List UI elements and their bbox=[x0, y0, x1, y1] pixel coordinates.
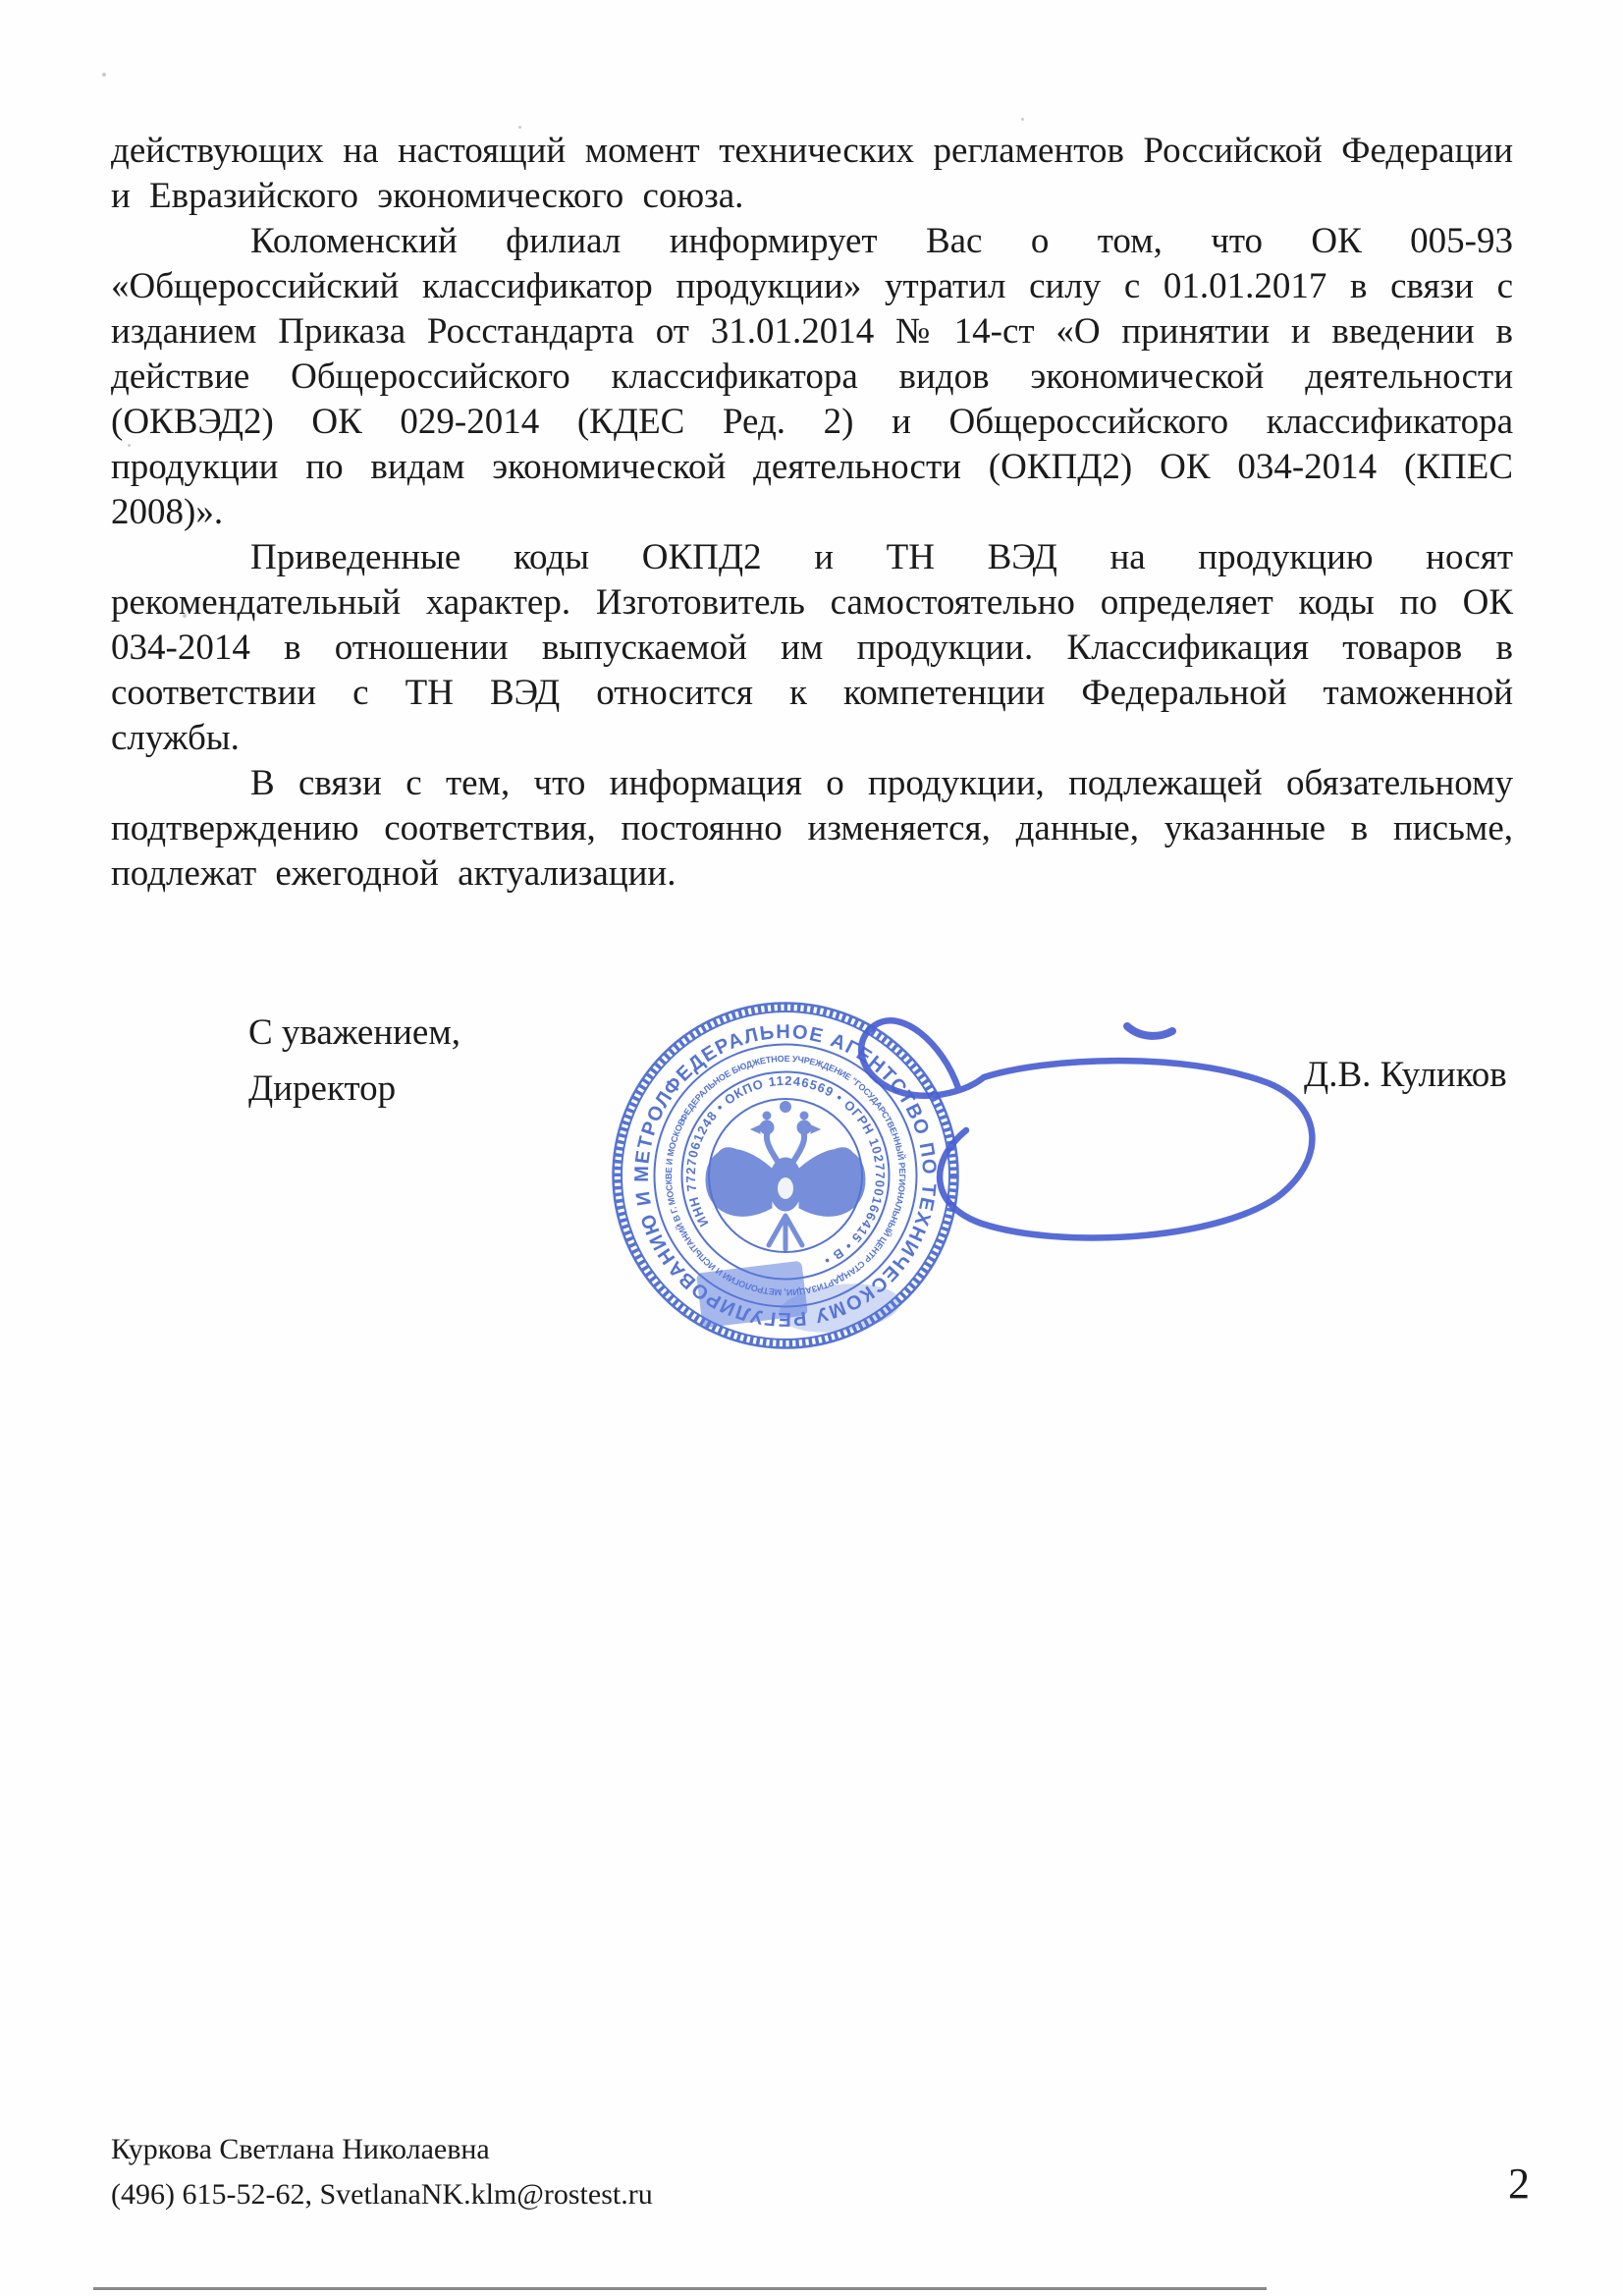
letter-body: действующих на настоящий момент техничес… bbox=[111, 129, 1513, 897]
scan-edge-line bbox=[93, 2287, 1267, 2290]
stamp-outer-ring-label: ФЕДЕРАЛЬНОЕ АГЕНТСТВО ПО ТЕХНИЧЕСКОМУ РЕ… bbox=[530, 903, 1434, 1375]
contact-details: (496) 615-52-62, SvetlanaNK.klm@rostest.… bbox=[111, 2172, 653, 2217]
scan-speck bbox=[1021, 118, 1024, 121]
paragraph: действующих на настоящий момент техничес… bbox=[111, 129, 1513, 219]
ink-blot bbox=[696, 1261, 902, 1339]
closing-block: С уважением, Директор bbox=[248, 1005, 460, 1117]
contact-name: Куркова Светлана Николаевна bbox=[111, 2127, 653, 2172]
stamp-and-signature-area: ФЕДЕРАЛЬНОЕ АГЕНТСТВО ПО ТЕХНИЧЕСКОМУ РЕ… bbox=[530, 903, 1434, 1375]
scan-speck bbox=[183, 614, 187, 618]
closing-salutation: С уважением, bbox=[248, 1005, 460, 1061]
signature-dash bbox=[1127, 1026, 1172, 1036]
closing-title: Директор bbox=[248, 1061, 460, 1117]
official-stamp: ФЕДЕРАЛЬНОЕ АГЕНТСТВО ПО ТЕХНИЧЕСКОМУ РЕ… bbox=[530, 903, 1434, 1375]
footer-contact: Куркова Светлана Николаевна (496) 615-52… bbox=[111, 2127, 653, 2217]
page-number: 2 bbox=[1508, 2159, 1530, 2209]
paragraph: Коломенский филиал информирует Вас о том… bbox=[111, 219, 1513, 535]
paragraph: Приведенные коды ОКПД2 и ТН ВЭД на проду… bbox=[111, 535, 1513, 761]
scan-speck bbox=[128, 444, 131, 447]
scan-speck bbox=[518, 126, 521, 129]
scan-speck bbox=[102, 73, 106, 77]
paragraph: В связи с тем, что информация о продукци… bbox=[111, 761, 1513, 897]
scanned-letter-page: действующих на настоящий момент техничес… bbox=[0, 0, 1623, 2296]
